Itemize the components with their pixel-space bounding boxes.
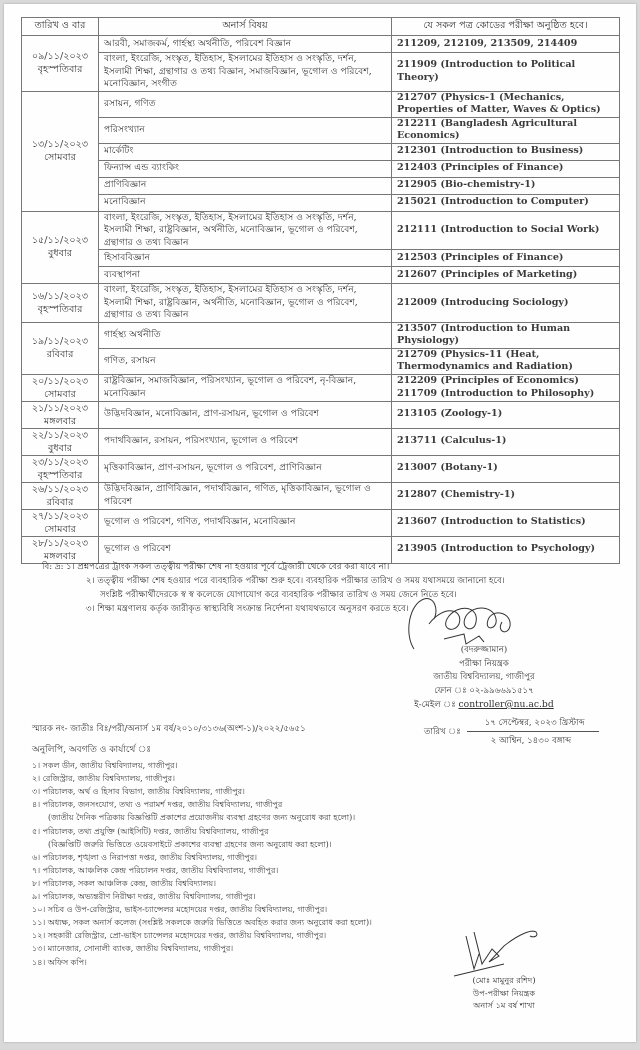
exam-date: ১৬/১১/২০২৩ bbox=[27, 290, 93, 303]
paper-code: 213105 (Zoology-1) bbox=[397, 408, 614, 421]
table-row: ২৮/১১/২০২৩মঙ্গলবারভূগোল ও পরিবেশ213905 (… bbox=[22, 536, 620, 563]
exam-weekday: বৃহস্পতিবার bbox=[27, 63, 93, 76]
paper-code: 212503 (Principles of Finance) bbox=[397, 252, 614, 265]
note-item: ২। তত্ত্বীয় পরীক্ষা শেষ হওয়ার পরে ব্যব… bbox=[86, 574, 626, 588]
email-label: ই-মেইল ঃ bbox=[414, 700, 456, 710]
paper-code: 212807 (Chemistry-1) bbox=[397, 489, 614, 502]
paper-code: 212707 (Physics-1 (Mechanics, Properties… bbox=[397, 92, 614, 117]
copy-to-section: অনুলিপি, অবগতি ও কার্যার্থে ঃ ১। সকল ডীন… bbox=[32, 744, 472, 969]
exam-weekday: সোমবার bbox=[27, 151, 93, 164]
paper-code: 212211 (Bangladesh Agricultural Economic… bbox=[397, 118, 614, 143]
subjects-cell: গণিত, রসায়ন bbox=[99, 348, 392, 374]
subjects-cell: রসায়ন, গণিত bbox=[99, 91, 392, 117]
copy-to-item-note: (জাতীয় দৈনিক পত্রিকায় বিজ্ঞপ্তিটি প্রক… bbox=[48, 811, 472, 824]
paper-code: 215021 (Introduction to Computer) bbox=[397, 196, 614, 209]
subjects-cell: হিসাববিজ্ঞান bbox=[99, 250, 392, 267]
copy-to-item: ৮। পরিচালক, সকল আঞ্চলিক কেন্দ্র, জাতীয় … bbox=[32, 877, 472, 890]
paper-code: 213905 (Introduction to Psychology) bbox=[397, 543, 614, 556]
exam-weekday: সোমবার bbox=[27, 523, 93, 536]
table-row: ব্যবস্থাপনা212607 (Principles of Marketi… bbox=[22, 267, 620, 284]
paper-code-cell: 212111 (Introduction to Social Work) bbox=[392, 211, 620, 250]
exam-date: ০৯/১১/২০২৩ bbox=[27, 50, 93, 63]
paper-code-cell: 212709 (Physics-11 (Heat, Thermodynamics… bbox=[392, 348, 620, 374]
table-row: ফিন্যান্স এন্ড ব্যাংকিং212403 (Principle… bbox=[22, 160, 620, 177]
controller-phone: ফোন ঃ ০২-৯৯৬৬৯১৫১৭ bbox=[404, 685, 564, 699]
copy-to-item: ৭। পরিচালক, আঞ্চলিক কেন্দ্র পরিচালন দপ্ত… bbox=[32, 864, 472, 877]
paper-code-cell: 212403 (Principles of Finance) bbox=[392, 160, 620, 177]
exam-date: ২১/১১/২০২৩ bbox=[27, 402, 93, 415]
exam-weekday: বৃহস্পতিবার bbox=[27, 303, 93, 316]
copy-to-item: ৫। পরিচালক, তথ্য প্রযুক্তি (আইসিটি) দপ্ত… bbox=[32, 825, 472, 838]
exam-date-cell: ২৬/১১/২০২৩রবিবার bbox=[22, 482, 99, 509]
table-row: বাংলা, ইংরেজি, সংস্কৃত, ইতিহাস, ইসলামের … bbox=[22, 53, 620, 92]
exam-date: ২৩/১১/২০২৩ bbox=[27, 456, 93, 469]
controller-name: (বদরুজ্জামান) bbox=[404, 644, 564, 658]
copy-to-item: ১২। সহকারী রেজিস্ট্রার, প্রো-ভাইস চ্যান্… bbox=[32, 929, 472, 942]
table-row: ২৩/১১/২০২৩বৃহস্পতিবারমৃত্তিকাবিজ্ঞান, প্… bbox=[22, 455, 620, 482]
subjects-cell: ব্যবস্থাপনা bbox=[99, 267, 392, 284]
exam-date: ২৭/১১/২০২৩ bbox=[27, 510, 93, 523]
exam-date-cell: ২১/১১/২০২৩মঙ্গলবার bbox=[22, 401, 99, 428]
exam-weekday: রবিবার bbox=[27, 496, 93, 509]
controller-title: পরীক্ষা নিয়ন্ত্রক bbox=[404, 658, 564, 672]
exam-date: ২০/১১/২০২৩ bbox=[27, 375, 93, 388]
copy-to-item: ১। সকল ডীন, জাতীয় বিশ্ববিদ্যালয়, গাজীপ… bbox=[32, 759, 472, 772]
header-date-day: তারিখ ও বার bbox=[22, 18, 99, 36]
exam-weekday: বৃহস্পতিবার bbox=[27, 469, 93, 482]
exam-date-cell: ২৩/১১/২০২৩বৃহস্পতিবার bbox=[22, 455, 99, 482]
exam-date-cell: ২৮/১১/২০২৩মঙ্গলবার bbox=[22, 536, 99, 563]
paper-code: 212403 (Principles of Finance) bbox=[397, 162, 614, 175]
paper-code: 212905 (Bio-chemistry-1) bbox=[397, 179, 614, 192]
table-row: মনোবিজ্ঞান215021 (Introduction to Comput… bbox=[22, 194, 620, 211]
copy-to-item: ১০। সচিব ও উপ-রেজিস্ট্রার, ভাইস-চ্যান্সে… bbox=[32, 903, 472, 916]
paper-code-cell: 215021 (Introduction to Computer) bbox=[392, 194, 620, 211]
table-row: প্রাণিবিজ্ঞান212905 (Bio-chemistry-1) bbox=[22, 177, 620, 194]
subjects-cell: মৃত্তিকাবিজ্ঞান, প্রাণ-রসায়ন, ভূগোল ও প… bbox=[99, 455, 392, 482]
paper-code: 211909 (Introduction to Political Theory… bbox=[397, 59, 614, 84]
copy-to-item: ৯। পরিচালক, অভ্যন্তরীণ নিরীক্ষা দপ্তর, জ… bbox=[32, 890, 472, 903]
paper-code-cell: 212905 (Bio-chemistry-1) bbox=[392, 177, 620, 194]
paper-code: 213711 (Calculus-1) bbox=[397, 435, 614, 448]
table-row: ২৭/১১/২০২৩সোমবারভূগোল ও পরিবেশ, গণিত, পদ… bbox=[22, 509, 620, 536]
table-row: হিসাববিজ্ঞান212503 (Principles of Financ… bbox=[22, 250, 620, 267]
subjects-cell: ভূগোল ও পরিবেশ, গণিত, পদার্থবিজ্ঞান, মনো… bbox=[99, 509, 392, 536]
paper-code: 213607 (Introduction to Statistics) bbox=[397, 516, 614, 529]
controller-org: জাতীয় বিশ্ববিদ্যালয়, গাজীপুর bbox=[404, 671, 564, 685]
header-honours-subject: অনার্স বিষয় bbox=[99, 18, 392, 36]
copy-to-item: ৩। পরিচালক, অর্থ ও হিসাব বিভাগ, জাতীয় ব… bbox=[32, 785, 472, 798]
copy-to-item: ১৩। ম্যানেজার, সোনালী ব্যাংক, জাতীয় বিশ… bbox=[32, 942, 472, 955]
deputy-controller-block: (মোঃ মামুনুর রশিদ) উপ-পরীক্ষা নিয়ন্ত্রক… bbox=[444, 974, 564, 1012]
paper-code-cell: 213905 (Introduction to Psychology) bbox=[392, 536, 620, 563]
paper-code-cell: 212707 (Physics-1 (Mechanics, Properties… bbox=[392, 91, 620, 117]
subjects-cell: মনোবিজ্ঞান bbox=[99, 194, 392, 211]
subjects-cell: পদার্থবিজ্ঞান, রসায়ন, পরিসংখ্যান, ভূগোল… bbox=[99, 428, 392, 455]
date-bangla: ২ আশ্বিন, ১৪৩০ বঙ্গাব্দ bbox=[467, 732, 599, 748]
note-item: ৩। শিক্ষা মন্ত্রণালয় কর্তৃক জারীকৃত স্ব… bbox=[86, 602, 626, 616]
exam-date-cell: ১৩/১১/২০২৩সোমবার bbox=[22, 91, 99, 211]
copy-to-item-note: (বিজ্ঞপ্তিটি জরুরি ভিত্তিতে ওয়েবসাইটে প… bbox=[48, 838, 472, 851]
notes-label: বি: দ্র: bbox=[42, 560, 63, 574]
subjects-cell: গার্হস্থ্য অর্থনীতি bbox=[99, 322, 392, 348]
paper-code-cell: 211909 (Introduction to Political Theory… bbox=[392, 53, 620, 92]
table-row: মার্কেটিং212301 (Introduction to Busines… bbox=[22, 143, 620, 160]
table-row: ২০/১১/২০২৩সোমবাররাষ্ট্রবিজ্ঞান, সমাজবিজ্… bbox=[22, 374, 620, 401]
paper-code: 211209, 212109, 213509, 214409 bbox=[397, 38, 614, 51]
exam-date: ২৬/১১/২০২৩ bbox=[27, 483, 93, 496]
exam-date-cell: ২০/১১/২০২৩সোমবার bbox=[22, 374, 99, 401]
exam-date: ২২/১১/২০২৩ bbox=[27, 429, 93, 442]
subjects-cell: মার্কেটিং bbox=[99, 143, 392, 160]
page-bottom-edge bbox=[4, 1042, 636, 1043]
paper-code-cell: 211209, 212109, 213509, 214409 bbox=[392, 36, 620, 53]
copy-to-heading: অনুলিপি, অবগতি ও কার্যার্থে ঃ bbox=[32, 744, 472, 757]
date-label: তারিখ ঃ bbox=[424, 725, 461, 739]
paper-code-cell: 212807 (Chemistry-1) bbox=[392, 482, 620, 509]
table-row: ১৫/১১/২০২৩বুধবারবাংলা, ইংরেজি, সংস্কৃত, … bbox=[22, 211, 620, 250]
exam-weekday: বুধবার bbox=[27, 442, 93, 455]
subjects-cell: বাংলা, ইংরেজি, সংস্কৃত, ইতিহাস, ইসলামের … bbox=[99, 284, 392, 323]
controller-block: (বদরুজ্জামান) পরীক্ষা নিয়ন্ত্রক জাতীয় … bbox=[404, 644, 564, 713]
exam-date-cell: ০৯/১১/২০২৩বৃহস্পতিবার bbox=[22, 36, 99, 92]
subjects-cell: বাংলা, ইংরেজি, সংস্কৃত, ইতিহাস, ইসলামের … bbox=[99, 211, 392, 250]
subjects-cell: রাষ্ট্রবিজ্ঞান, সমাজবিজ্ঞান, পরিসংখ্যান,… bbox=[99, 374, 392, 401]
exam-weekday: বুধবার bbox=[27, 247, 93, 260]
exam-date: ১৩/১১/২০২৩ bbox=[27, 138, 93, 151]
deputy-branch: অনার্স ১ম বর্ষ শাখা bbox=[444, 999, 564, 1012]
exam-date: ১৯/১১/২০২৩ bbox=[27, 335, 93, 348]
table-row: ২২/১১/২০২৩বুধবারপদার্থবিজ্ঞান, রসায়ন, প… bbox=[22, 428, 620, 455]
paper-code-cell: 213507 (Introduction to Human Physiology… bbox=[392, 322, 620, 348]
paper-code: 212111 (Introduction to Social Work) bbox=[397, 224, 614, 237]
paper-code-cell: 212607 (Principles of Marketing) bbox=[392, 267, 620, 284]
exam-date-cell: ২২/১১/২০২৩বুধবার bbox=[22, 428, 99, 455]
exam-weekday: মঙ্গলবার bbox=[27, 415, 93, 428]
exam-date-cell: ২৭/১১/২০২৩সোমবার bbox=[22, 509, 99, 536]
exam-date: ২৮/১১/২০২৩ bbox=[27, 537, 93, 550]
memo-number: স্মারক নং- জাতীঃ বিঃ/পরী/অনার্স ১ম বর্ষ/… bbox=[32, 722, 306, 736]
controller-email-line: ই-মেইল ঃ controller@nu.ac.bd bbox=[404, 698, 564, 713]
paper-code-cell: 212211 (Bangladesh Agricultural Economic… bbox=[392, 117, 620, 143]
table-row: ০৯/১১/২০২৩বৃহস্পতিবারআরবী, সমাজকর্ম, গার… bbox=[22, 36, 620, 53]
exam-weekday: রবিবার bbox=[27, 348, 93, 361]
copy-to-item: ৪। পরিচালক, জনসংযোগ, তথ্য ও পরামর্শ দপ্ত… bbox=[32, 798, 472, 811]
note-item-continuation: সংশ্লিষ্ট পরীক্ষার্থীদেরকে স্ব স্ব কলেজে… bbox=[100, 588, 626, 602]
paper-code: 211709 (Introduction to Philosophy) bbox=[397, 388, 614, 401]
table-row: ২৬/১১/২০২৩রবিবারউদ্ভিদবিজ্ঞান, প্রাণিবিজ… bbox=[22, 482, 620, 509]
date-gregorian: ১৭ সেপ্টেম্বর, ২০২৩ খ্রিস্টাব্দ bbox=[467, 716, 599, 732]
paper-code-cell: 213607 (Introduction to Statistics) bbox=[392, 509, 620, 536]
paper-code-cell: 212503 (Principles of Finance) bbox=[392, 250, 620, 267]
deputy-name: (মোঃ মামুনুর রশিদ) bbox=[444, 974, 564, 987]
paper-code: 212607 (Principles of Marketing) bbox=[397, 269, 614, 282]
paper-code: 213007 (Botany-1) bbox=[397, 462, 614, 475]
paper-code-cell: 212209 (Principles of Economics)211709 (… bbox=[392, 374, 620, 401]
deputy-signature bbox=[444, 924, 544, 979]
controller-email-link[interactable]: controller@nu.ac.bd bbox=[459, 699, 554, 710]
paper-code: 213507 (Introduction to Human Physiology… bbox=[397, 323, 614, 348]
note-item: ১। প্রশ্নপত্রের ট্রাংক সকল তত্ত্বীয় পরী… bbox=[66, 560, 626, 574]
subjects-cell: বাংলা, ইংরেজি, সংস্কৃত, ইতিহাস, ইসলামের … bbox=[99, 53, 392, 92]
subjects-cell: উদ্ভিদবিজ্ঞান, প্রাণিবিজ্ঞান, পদার্থবিজ্… bbox=[99, 482, 392, 509]
exam-date-cell: ১৬/১১/২০২৩বৃহস্পতিবার bbox=[22, 284, 99, 323]
copy-to-item: ১১। অধ্যক্ষ, সকল অনার্স কলেজ (সংশ্লিষ্ট … bbox=[32, 916, 472, 929]
exam-date-cell: ১৯/১১/২০২৩রবিবার bbox=[22, 322, 99, 374]
paper-code-cell: 212301 (Introduction to Business) bbox=[392, 143, 620, 160]
subjects-cell: আরবী, সমাজকর্ম, গার্হস্থ্য অর্থনীতি, পরি… bbox=[99, 36, 392, 53]
copy-to-item: ২। রেজিস্ট্রার, জাতীয় বিশ্ববিদ্যালয়, গ… bbox=[32, 772, 472, 785]
paper-code-cell: 213711 (Calculus-1) bbox=[392, 428, 620, 455]
subjects-cell: উদ্ভিদবিজ্ঞান, মনোবিজ্ঞান, প্রাণ-রসায়ন,… bbox=[99, 401, 392, 428]
paper-code-cell: 213105 (Zoology-1) bbox=[392, 401, 620, 428]
subjects-cell: ভূগোল ও পরিবেশ bbox=[99, 536, 392, 563]
header-paper-codes: যে সকল পত্র কোডের পরীক্ষা অনুষ্ঠিত হবে। bbox=[392, 18, 620, 36]
copy-to-item: ১৪। অফিস কপি। bbox=[32, 956, 472, 969]
table-row: ২১/১১/২০২৩মঙ্গলবারউদ্ভিদবিজ্ঞান, মনোবিজ্… bbox=[22, 401, 620, 428]
subjects-cell: ফিন্যান্স এন্ড ব্যাংকিং bbox=[99, 160, 392, 177]
paper-code: 212301 (Introduction to Business) bbox=[397, 145, 614, 158]
paper-code: 212009 (Introducing Sociology) bbox=[397, 297, 614, 310]
exam-date-cell: ১৫/১১/২০২৩বুধবার bbox=[22, 211, 99, 284]
subjects-cell: প্রাণিবিজ্ঞান bbox=[99, 177, 392, 194]
paper-code-cell: 213007 (Botany-1) bbox=[392, 455, 620, 482]
exam-schedule-table: তারিখ ও বার অনার্স বিষয় যে সকল পত্র কোড… bbox=[21, 17, 620, 564]
document-page: তারিখ ও বার অনার্স বিষয় যে সকল পত্র কোড… bbox=[4, 4, 636, 1042]
copy-to-item: ৬। পরিচালক, শৃঙ্খলা ও নিরাপত্তা দপ্তর, জ… bbox=[32, 851, 472, 864]
table-row: গণিত, রসায়ন212709 (Physics-11 (Heat, Th… bbox=[22, 348, 620, 374]
paper-code-cell: 212009 (Introducing Sociology) bbox=[392, 284, 620, 323]
subjects-cell: পরিসংখ্যান bbox=[99, 117, 392, 143]
exam-weekday: সোমবার bbox=[27, 388, 93, 401]
paper-code: 212209 (Principles of Economics) bbox=[397, 375, 614, 388]
table-header-row: তারিখ ও বার অনার্স বিষয় যে সকল পত্র কোড… bbox=[22, 18, 620, 36]
table-row: ১৬/১১/২০২৩বৃহস্পতিবারবাংলা, ইংরেজি, সংস্… bbox=[22, 284, 620, 323]
table-row: ১৩/১১/২০২৩সোমবাররসায়ন, গণিত212707 (Phys… bbox=[22, 91, 620, 117]
deputy-title: উপ-পরীক্ষা নিয়ন্ত্রক bbox=[444, 987, 564, 1000]
notes-section: বি: দ্র: ১। প্রশ্নপত্রের ট্রাংক সকল তত্ত… bbox=[66, 560, 626, 616]
exam-date: ১৫/১১/২০২৩ bbox=[27, 234, 93, 247]
paper-code: 212709 (Physics-11 (Heat, Thermodynamics… bbox=[397, 349, 614, 374]
table-row: ১৯/১১/২০২৩রবিবারগার্হস্থ্য অর্থনীতি21350… bbox=[22, 322, 620, 348]
table-row: পরিসংখ্যান212211 (Bangladesh Agricultura… bbox=[22, 117, 620, 143]
